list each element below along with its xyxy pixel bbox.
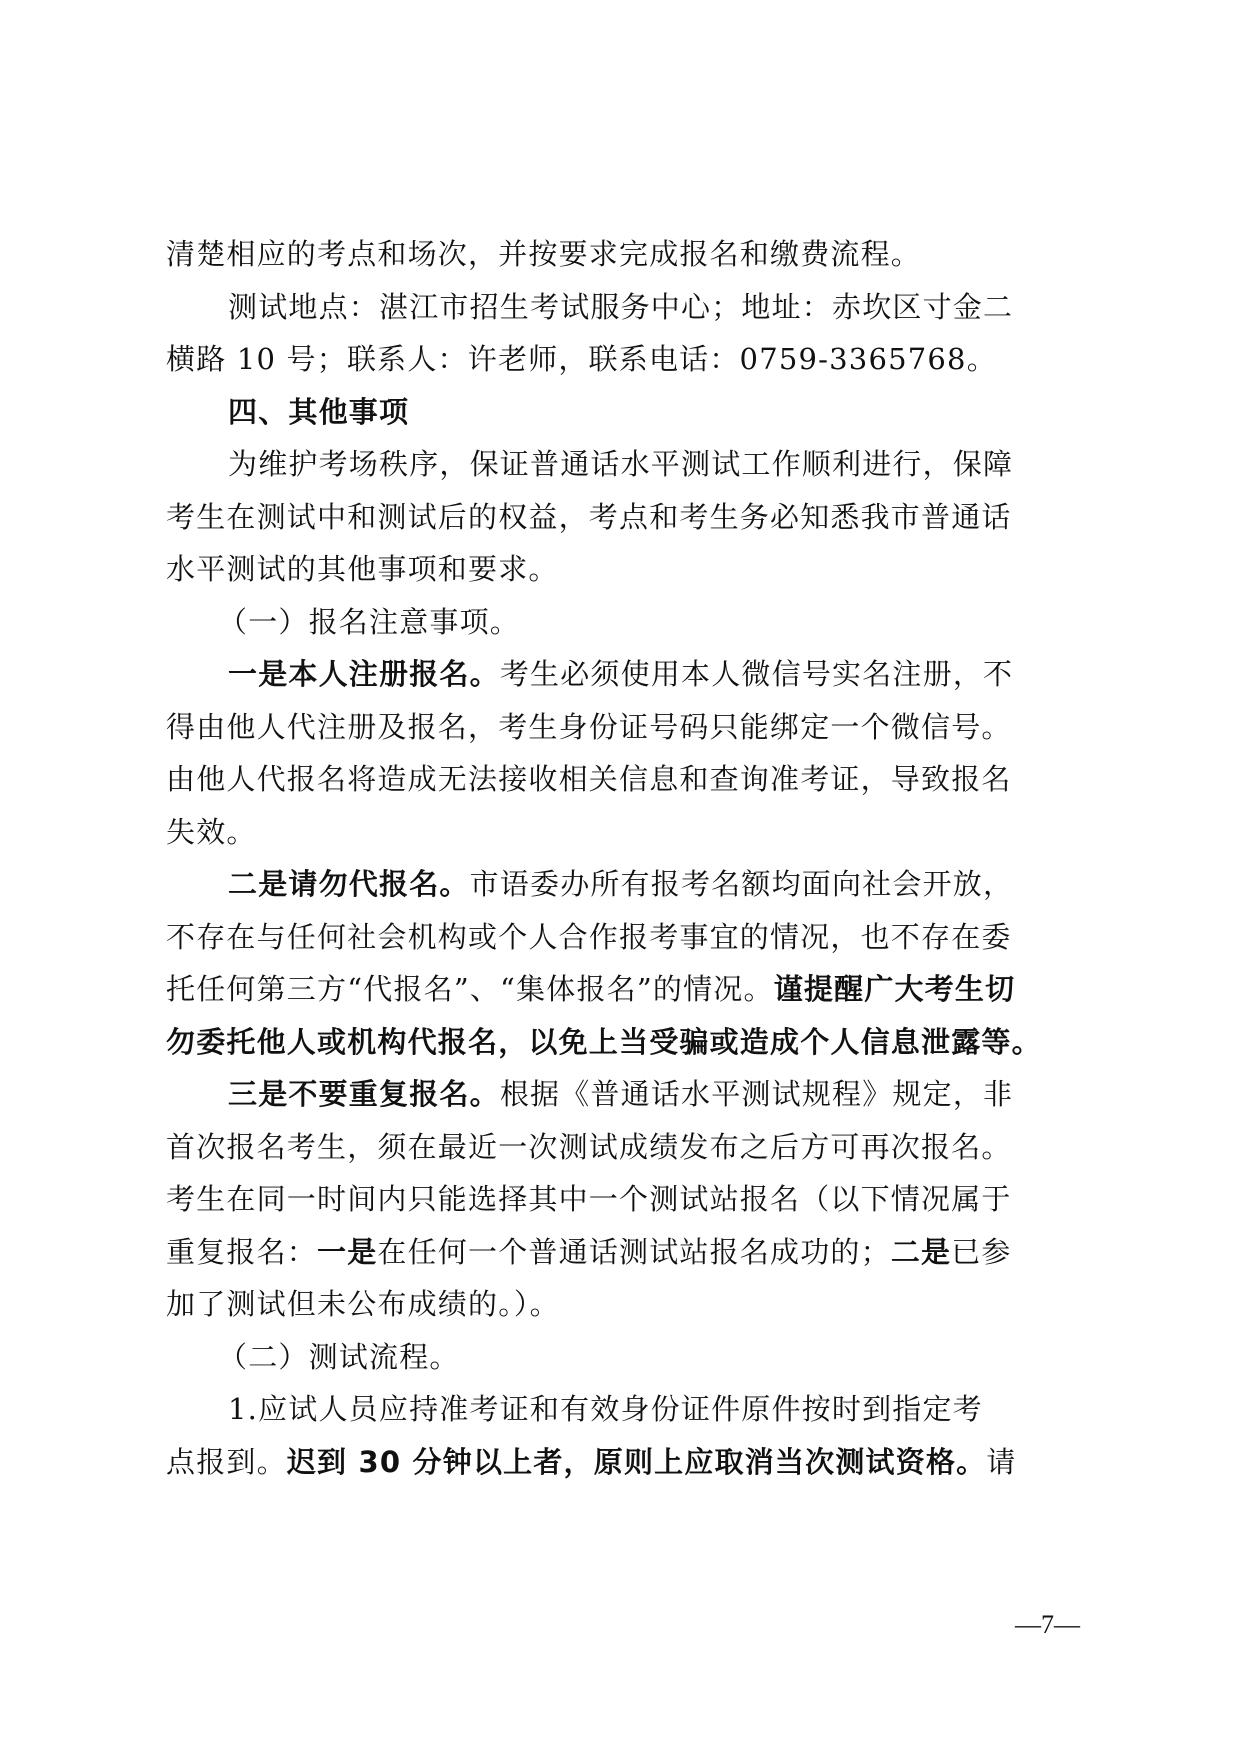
text-segment: 托任何第三方“代报名”、“集体报名”的情况。: [166, 972, 774, 1006]
text-line: 横路 10 号；联系人：许老师，联系电话：0759-3365768。: [166, 333, 1096, 386]
text-segment: 首次报名考生，须在最近一次测试成绩发布之后方可再次报名。: [166, 1130, 1012, 1164]
document-body: 清楚相应的考点和场次，并按要求完成报名和缴费流程。测试地点：湛江市招生考试服务中…: [166, 228, 1096, 1488]
bold-text: 谨提醒广大考生切: [774, 972, 1016, 1006]
text-line: 首次报名考生，须在最近一次测试成绩发布之后方可再次报名。: [166, 1121, 1096, 1174]
text-segment: 加了测试但未公布成绩的。）。: [166, 1287, 560, 1321]
text-line: 二是请勿代报名。市语委办所有报考名额均面向社会开放，: [166, 858, 1096, 911]
text-segment: 失效。: [166, 815, 257, 849]
text-segment: 1.应试人员应持准考证和有效身份证件原件按时到指定考: [228, 1392, 983, 1426]
text-line: 考生在同一时间内只能选择其中一个测试站报名（以下情况属于: [166, 1173, 1096, 1226]
bold-text: 迟到 30 分钟以上者，原则上应取消当次测试资格。: [287, 1445, 987, 1479]
text-segment: （二）测试流程。: [218, 1340, 460, 1374]
text-segment: 横路 10 号；联系人：许老师，联系电话：0759-3365768。: [166, 342, 997, 376]
text-line: 点报到。迟到 30 分钟以上者，原则上应取消当次测试资格。请: [166, 1436, 1096, 1489]
text-segment: 不存在与任何社会机构或个人合作报考事宜的情况，也不存在委: [166, 920, 1012, 954]
text-line: 得由他人代注册及报名，考生身份证号码只能绑定一个微信号。: [166, 701, 1096, 754]
text-segment: 请: [986, 1445, 1016, 1479]
text-segment: 已参: [951, 1235, 1011, 1269]
text-line: 测试地点：湛江市招生考试服务中心；地址：赤坎区寸金二: [166, 281, 1096, 334]
bold-text: 四、其他事项: [228, 395, 409, 429]
text-segment: 得由他人代注册及报名，考生身份证号码只能绑定一个微信号。: [166, 710, 1012, 744]
text-line: 重复报名：一是在任何一个普通话测试站报名成功的；二是已参: [166, 1226, 1096, 1279]
text-line: 失效。: [166, 806, 1096, 859]
text-line: 一是本人注册报名。考生必须使用本人微信号实名注册，不: [166, 648, 1096, 701]
bold-text: 二是请勿代报名。: [228, 867, 470, 901]
text-line: 1.应试人员应持准考证和有效身份证件原件按时到指定考: [166, 1383, 1096, 1436]
text-line: 不存在与任何社会机构或个人合作报考事宜的情况，也不存在委: [166, 911, 1096, 964]
bold-text: 三是不要重复报名。: [228, 1077, 500, 1111]
subsection-heading: （一）报名注意事项。: [166, 596, 1096, 649]
text-segment: 为维护考场秩序，保证普通话水平测试工作顺利进行，保障: [228, 447, 1013, 481]
text-segment: 根据《普通话水平测试规程》规定，非: [500, 1077, 1013, 1111]
text-segment: 市语委办所有报考名额均面向社会开放，: [470, 867, 1014, 901]
text-line: 加了测试但未公布成绩的。）。: [166, 1278, 1096, 1331]
text-segment: 重复报名：: [166, 1235, 317, 1269]
bold-text: 勿委托他人或机构代报名，以免上当受骗或造成个人信息泄露等。: [166, 1025, 1042, 1059]
text-segment: 考生在测试中和测试后的权益，考点和考生务必知悉我市普通话: [166, 500, 1012, 534]
text-segment: 由他人代报名将造成无法接收相关信息和查询准考证，导致报名: [166, 762, 1012, 796]
text-line: 水平测试的其他事项和要求。: [166, 543, 1096, 596]
bold-text: 二是: [891, 1235, 951, 1269]
text-segment: 考生必须使用本人微信号实名注册，不: [500, 657, 1013, 691]
text-line: 由他人代报名将造成无法接收相关信息和查询准考证，导致报名: [166, 753, 1096, 806]
text-segment: 点报到。: [166, 1445, 287, 1479]
bold-text: 一是: [317, 1235, 377, 1269]
text-segment: 考生在同一时间内只能选择其中一个测试站报名（以下情况属于: [166, 1182, 1012, 1216]
section-heading: 四、其他事项: [166, 386, 1096, 439]
text-line: 考生在测试中和测试后的权益，考点和考生务必知悉我市普通话: [166, 491, 1096, 544]
document-page: 清楚相应的考点和场次，并按要求完成报名和缴费流程。测试地点：湛江市招生考试服务中…: [0, 0, 1240, 1754]
text-line: 勿委托他人或机构代报名，以免上当受骗或造成个人信息泄露等。: [166, 1016, 1096, 1069]
text-line: 为维护考场秩序，保证普通话水平测试工作顺利进行，保障: [166, 438, 1096, 491]
text-segment: 水平测试的其他事项和要求。: [166, 552, 559, 586]
page-number: —7—: [1015, 1610, 1080, 1640]
text-segment: 在任何一个普通话测试站报名成功的；: [377, 1235, 890, 1269]
text-segment: 测试地点：湛江市招生考试服务中心；地址：赤坎区寸金二: [228, 290, 1013, 324]
text-line: 托任何第三方“代报名”、“集体报名”的情况。谨提醒广大考生切: [166, 963, 1096, 1016]
text-segment: （一）报名注意事项。: [218, 605, 520, 639]
text-line: 三是不要重复报名。根据《普通话水平测试规程》规定，非: [166, 1068, 1096, 1121]
subsection-heading: （二）测试流程。: [166, 1331, 1096, 1384]
bold-text: 一是本人注册报名。: [228, 657, 500, 691]
text-segment: 清楚相应的考点和场次，并按要求完成报名和缴费流程。: [166, 237, 921, 271]
text-line: 清楚相应的考点和场次，并按要求完成报名和缴费流程。: [166, 228, 1096, 281]
